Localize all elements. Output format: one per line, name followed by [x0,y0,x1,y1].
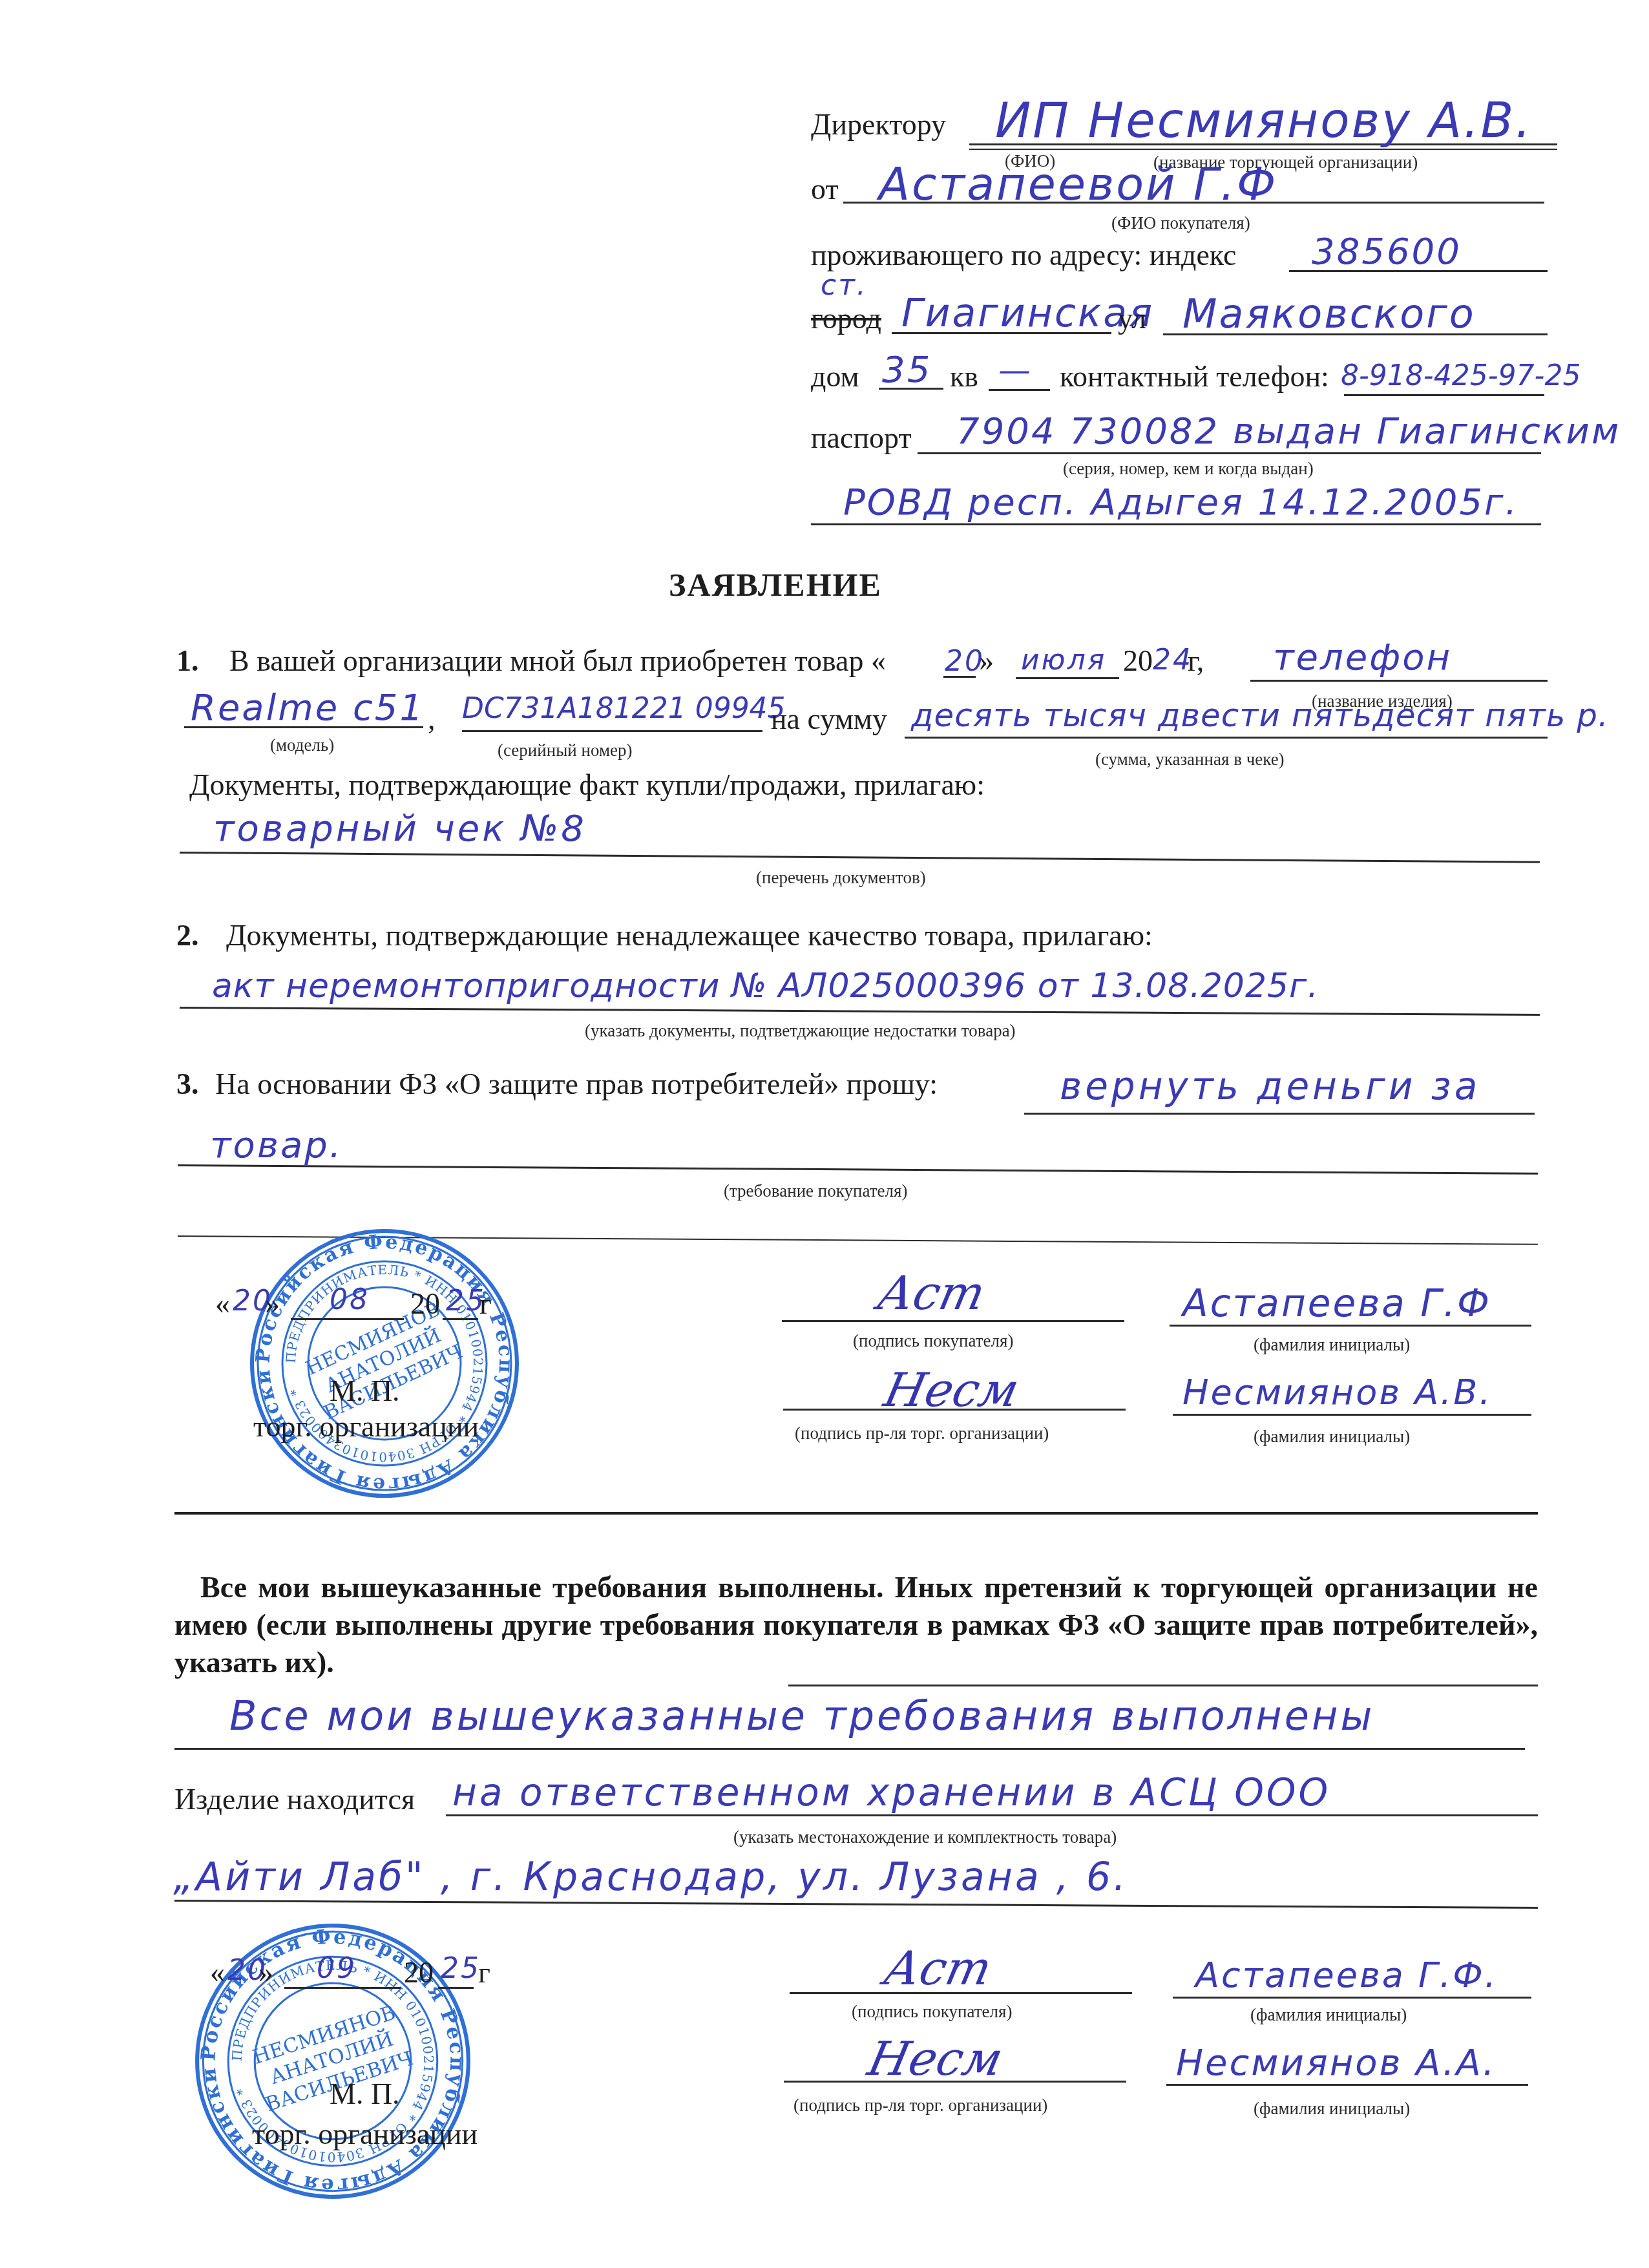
date-2-month-line [284,1987,401,1989]
location-label: Изделие находится [174,1785,415,1814]
passport-label: паспорт [811,423,912,453]
seller-name-line-2 [1166,2084,1528,2086]
seller-name-1[interactable]: Несмиянов А.В. [1182,1375,1492,1410]
date-1-month[interactable]: 08 [330,1286,370,1314]
org-1: торг. организации [253,1412,479,1442]
docs-caption: (перечень документов) [756,869,926,887]
location-field-line-2 [174,1900,1538,1909]
model-value[interactable]: Realme c51 [191,690,425,726]
section-3-text: На основании ФЗ «О защите прав потребите… [215,1069,938,1099]
phone-label: контактный телефон: [1060,362,1329,392]
day-close-quote: » [979,646,994,676]
date-1-year-prefix: 20 [410,1289,440,1319]
closing-paragraph: Все мои вышеуказанные требования выполне… [174,1569,1538,1681]
passport-value[interactable]: 7904 730082 выдан Гиагинским [956,414,1621,450]
seller-stamp-1: Российская Федерация Республика Адыгея Г… [249,1228,520,1499]
sum-caption: (сумма, указанная в чеке) [1095,751,1285,768]
city-prefix: ст. [821,271,868,300]
serial-caption: (серийный номер) [498,742,632,759]
section-2-text: Документы, подтверждающие ненадлежащее к… [226,921,1153,950]
location-field-line [446,1814,1538,1816]
passport-field-line-2 [811,523,1541,525]
seller-name-caption-1: (фамилия инициалы) [1254,1428,1410,1445]
director-label: Директору [811,110,946,140]
location-value-1[interactable]: на ответственном хранении в АСЦ ООО [452,1774,1330,1811]
product-name[interactable]: телефон [1273,640,1452,676]
index-value[interactable]: 385600 [1312,234,1462,270]
director-value[interactable]: ИП Несмиянову А.В. [995,97,1533,145]
sum-value[interactable]: десять тысяч двести пятьдесят пять р. [911,699,1609,731]
closing-field-line [788,1685,1538,1686]
section-1-number: 1. [176,646,199,676]
section-divider [174,1512,1538,1515]
buyer-name-line-2 [1173,1997,1531,1999]
stamp-icon: Российская Федерация Республика Адыгея Г… [249,1228,520,1499]
address-label: проживающего по адресу: индекс [811,240,1237,270]
purchase-month[interactable]: июля [1021,646,1106,675]
docs-value[interactable]: товарный чек №8 [213,811,587,847]
from-caption: (ФИО покупателя) [1111,215,1250,232]
location-value-2[interactable]: „Айти Лаб" , г. Краснодар, ул. Лузана , … [173,1858,1128,1896]
apt-value[interactable]: — [998,354,1033,386]
date-1-month-line [291,1318,404,1320]
section-3-number: 3. [176,1069,199,1099]
purchase-year[interactable]: 24 [1153,646,1193,675]
demand-value-2[interactable]: товар. [210,1128,343,1164]
house-value[interactable]: 35 [882,352,932,388]
year-suffix: г, [1188,646,1204,676]
location-caption: (указать местонахождение и комплектность… [733,1829,1117,1846]
passport-value-2[interactable]: РОВД респ. Адыгея 14.12.2005г. [843,485,1518,521]
director-field-line-2 [969,149,1557,150]
year-prefix: 20 [1123,646,1153,676]
phone-value[interactable]: 8-918-425-97-25 [1341,362,1581,390]
seller-name-caption-2: (фамилия инициалы) [1254,2100,1410,2117]
seller-signature-caption-2: (подпись пр-ля торг. организации) [793,2097,1047,2114]
buyer-signature-1[interactable]: Аст [874,1270,989,1316]
docs-field-line [180,852,1540,863]
buyer-signature-2[interactable]: Аст [880,1945,995,1991]
section-2-number: 2. [176,921,199,950]
buyer-name-caption-2: (фамилия инициалы) [1250,2006,1407,2024]
date-1-open: « [215,1289,230,1319]
demand-field-line [1024,1113,1535,1115]
date-2-year-prefix: 20 [404,1958,434,1988]
phone-field-line [1344,394,1544,396]
date-2-month[interactable]: 09 [317,1955,357,1983]
city-label: город [811,304,881,333]
model-comma: , [428,704,436,734]
buyer-name-1[interactable]: Астапеева Г.Ф [1182,1285,1491,1322]
demand-caption: (требование покупателя) [724,1182,907,1200]
org-2: торг. организации [252,2119,478,2149]
model-caption: (модель) [270,737,334,754]
date-2-year-line [438,1987,474,1989]
seller-name-2[interactable]: Несмиянов А.А. [1176,2045,1497,2081]
buyer-signature-caption-2: (подпись покупателя) [852,2003,1012,2021]
house-label: дом [811,362,859,392]
serial-field-line [462,730,762,732]
month-field-line [1016,677,1119,679]
street-value[interactable]: Маяковского [1182,294,1476,334]
docs-label: Документы, подтверждающие факт купли/про… [189,770,985,800]
mp-2: М. П. [330,2079,400,2109]
buyer-signature-caption-1: (подпись покупателя) [853,1332,1013,1350]
demand-value-1[interactable]: вернуть деньги за [1060,1067,1480,1105]
date-2-close: » [258,1958,273,1988]
buyer-name-2[interactable]: Астапеева Г.Ф. [1195,1958,1498,1993]
defect-docs-field-line [180,1007,1540,1016]
seller-signature-2[interactable]: Несм [864,2035,1007,2082]
closing-field-line-2 [174,1748,1525,1750]
date-1-suffix: г [479,1289,492,1319]
document-title: ЗАЯВЛЕНИЕ [669,569,882,601]
seller-name-line-1 [1173,1414,1531,1416]
passport-field-line [918,452,1541,454]
seller-signature-1[interactable]: Несм [880,1367,1023,1413]
passport-caption: (серия, номер, кем и когда выдан) [1063,460,1314,478]
apt-field-line [989,389,1050,391]
city-value[interactable]: Гиагинская [901,294,1154,333]
date-2-suffix: г [478,1958,490,1988]
closing-value[interactable]: Все мои вышеуказанные требования выполне… [229,1696,1374,1736]
date-1-close: » [265,1289,280,1319]
buyer-name-caption-1: (фамилия инициалы) [1254,1336,1410,1354]
demand-field-line-2 [178,1164,1538,1175]
serial-value[interactable]: DC731A181221 09945 [462,695,786,723]
defect-docs-caption: (указать документы, подтветджающие недос… [585,1022,1016,1040]
date-2-open: « [210,1958,225,1988]
seller-signature-caption-1: (подпись пр-ля торг. организации) [795,1425,1049,1442]
from-label: от [811,174,839,204]
section-1-text: В вашей организации мной был приобретен … [229,646,886,676]
street-label: ул [1118,304,1146,333]
from-value[interactable]: Астапеевой Г.Ф [879,162,1277,207]
mp-1: М. П. [330,1376,400,1406]
sum-field-line [905,737,1548,739]
date-1-year-line [443,1318,478,1320]
date-2-year[interactable]: 25 [441,1955,481,1983]
sum-label: на сумму [771,704,887,734]
apt-label: кв [950,362,978,392]
defect-docs-value[interactable]: акт неремонтопригодности № АЛ025000396 о… [212,969,1319,1003]
buyer-signature-line-1 [782,1320,1124,1322]
product-field-line [1250,680,1548,682]
